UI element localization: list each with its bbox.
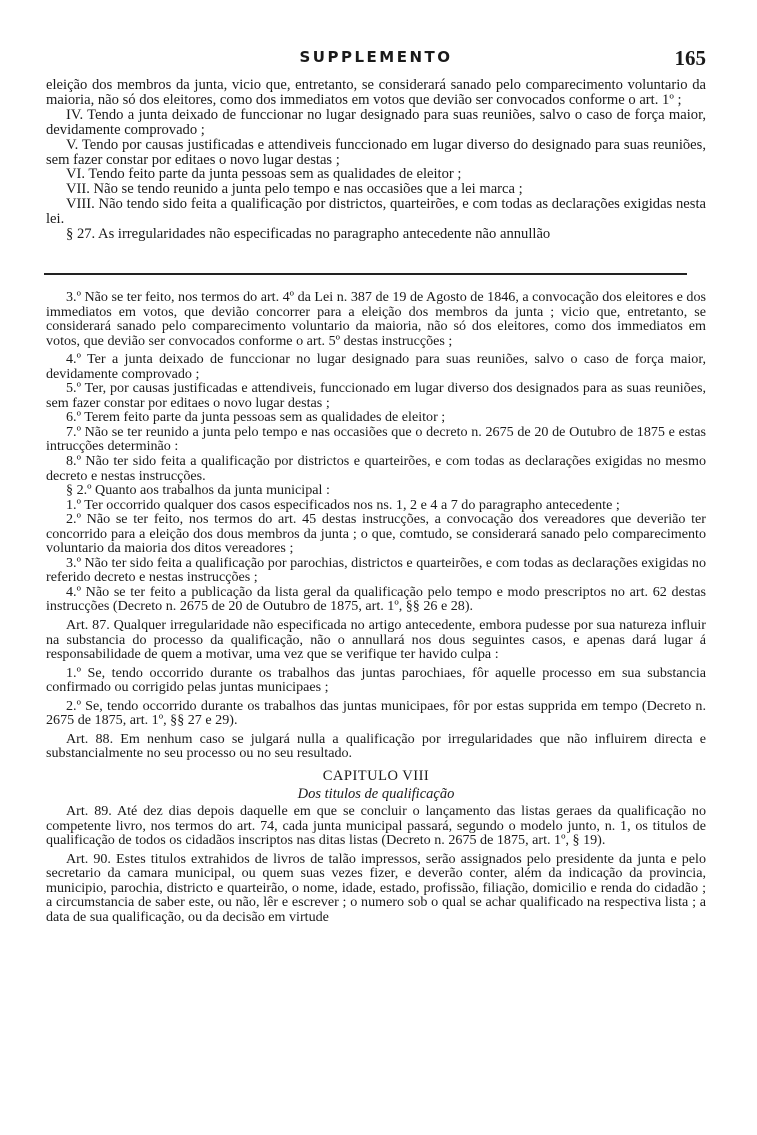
paragraph: 4.º Não se ter feito a publicação da lis… (46, 585, 706, 614)
running-head: SUPPLEMENTO 165 (46, 46, 706, 70)
chapter-heading: CAPITULO VIII (46, 769, 706, 784)
paragraph: 5.º Ter, por causas justificadas e atten… (46, 381, 706, 410)
notes-text: 3.º Não se ter feito, nos termos do art.… (46, 290, 706, 924)
paragraph: 1.º Se, tendo occorrido durante os traba… (46, 666, 706, 695)
paragraph: Art. 90. Estes titulos extrahidos de liv… (46, 852, 706, 925)
paragraph: Art. 88. Em nenhum caso se julgará nulla… (46, 732, 706, 761)
main-text: eleição dos membros da junta, vicio que,… (46, 78, 706, 242)
document-page: SUPPLEMENTO 165 eleição dos membros da j… (0, 0, 757, 1135)
paragraph: § 2.º Quanto aos trabalhos da junta muni… (46, 483, 706, 498)
paragraph: Art. 89. Até dez dias depois daquelle em… (46, 804, 706, 848)
chapter-subtitle: Dos titulos de qualificação (46, 787, 706, 802)
paragraph: 8.º Não ter sido feita a qualificação po… (46, 454, 706, 483)
paragraph: 3.º Não se ter feito, nos termos do art.… (46, 290, 706, 348)
section-divider (44, 273, 687, 275)
paragraph: IV. Tendo a junta deixado de funccionar … (46, 108, 706, 138)
paragraph: VI. Tendo feito parte da junta pessoas s… (46, 167, 706, 182)
running-title: SUPPLEMENTO (46, 48, 706, 66)
paragraph: 7.º Não se ter reunido a junta pelo temp… (46, 425, 706, 454)
paragraph: § 27. As irregularidades não especificad… (46, 227, 706, 242)
paragraph: VII. Não se tendo reunido a junta pelo t… (46, 182, 706, 197)
page-number: 165 (675, 46, 707, 71)
paragraph: VIII. Não tendo sido feita a qualificaçã… (46, 197, 706, 227)
paragraph: 4.º Ter a junta deixado de funccionar no… (46, 352, 706, 381)
paragraph: Art. 87. Qualquer irregularidade não esp… (46, 618, 706, 662)
paragraph: eleição dos membros da junta, vicio que,… (46, 78, 706, 108)
paragraph: 2.º Se, tendo occorrido durante os traba… (46, 699, 706, 728)
paragraph: 2.º Não se ter feito, nos termos do art.… (46, 512, 706, 556)
paragraph: 3.º Não ter sido feita a qualificação po… (46, 556, 706, 585)
paragraph: V. Tendo por causas justificadas e atten… (46, 138, 706, 168)
paragraph: 1.º Ter occorrido qualquer dos casos esp… (46, 498, 706, 513)
paragraph: 6.º Terem feito parte da junta pessoas s… (46, 410, 706, 425)
